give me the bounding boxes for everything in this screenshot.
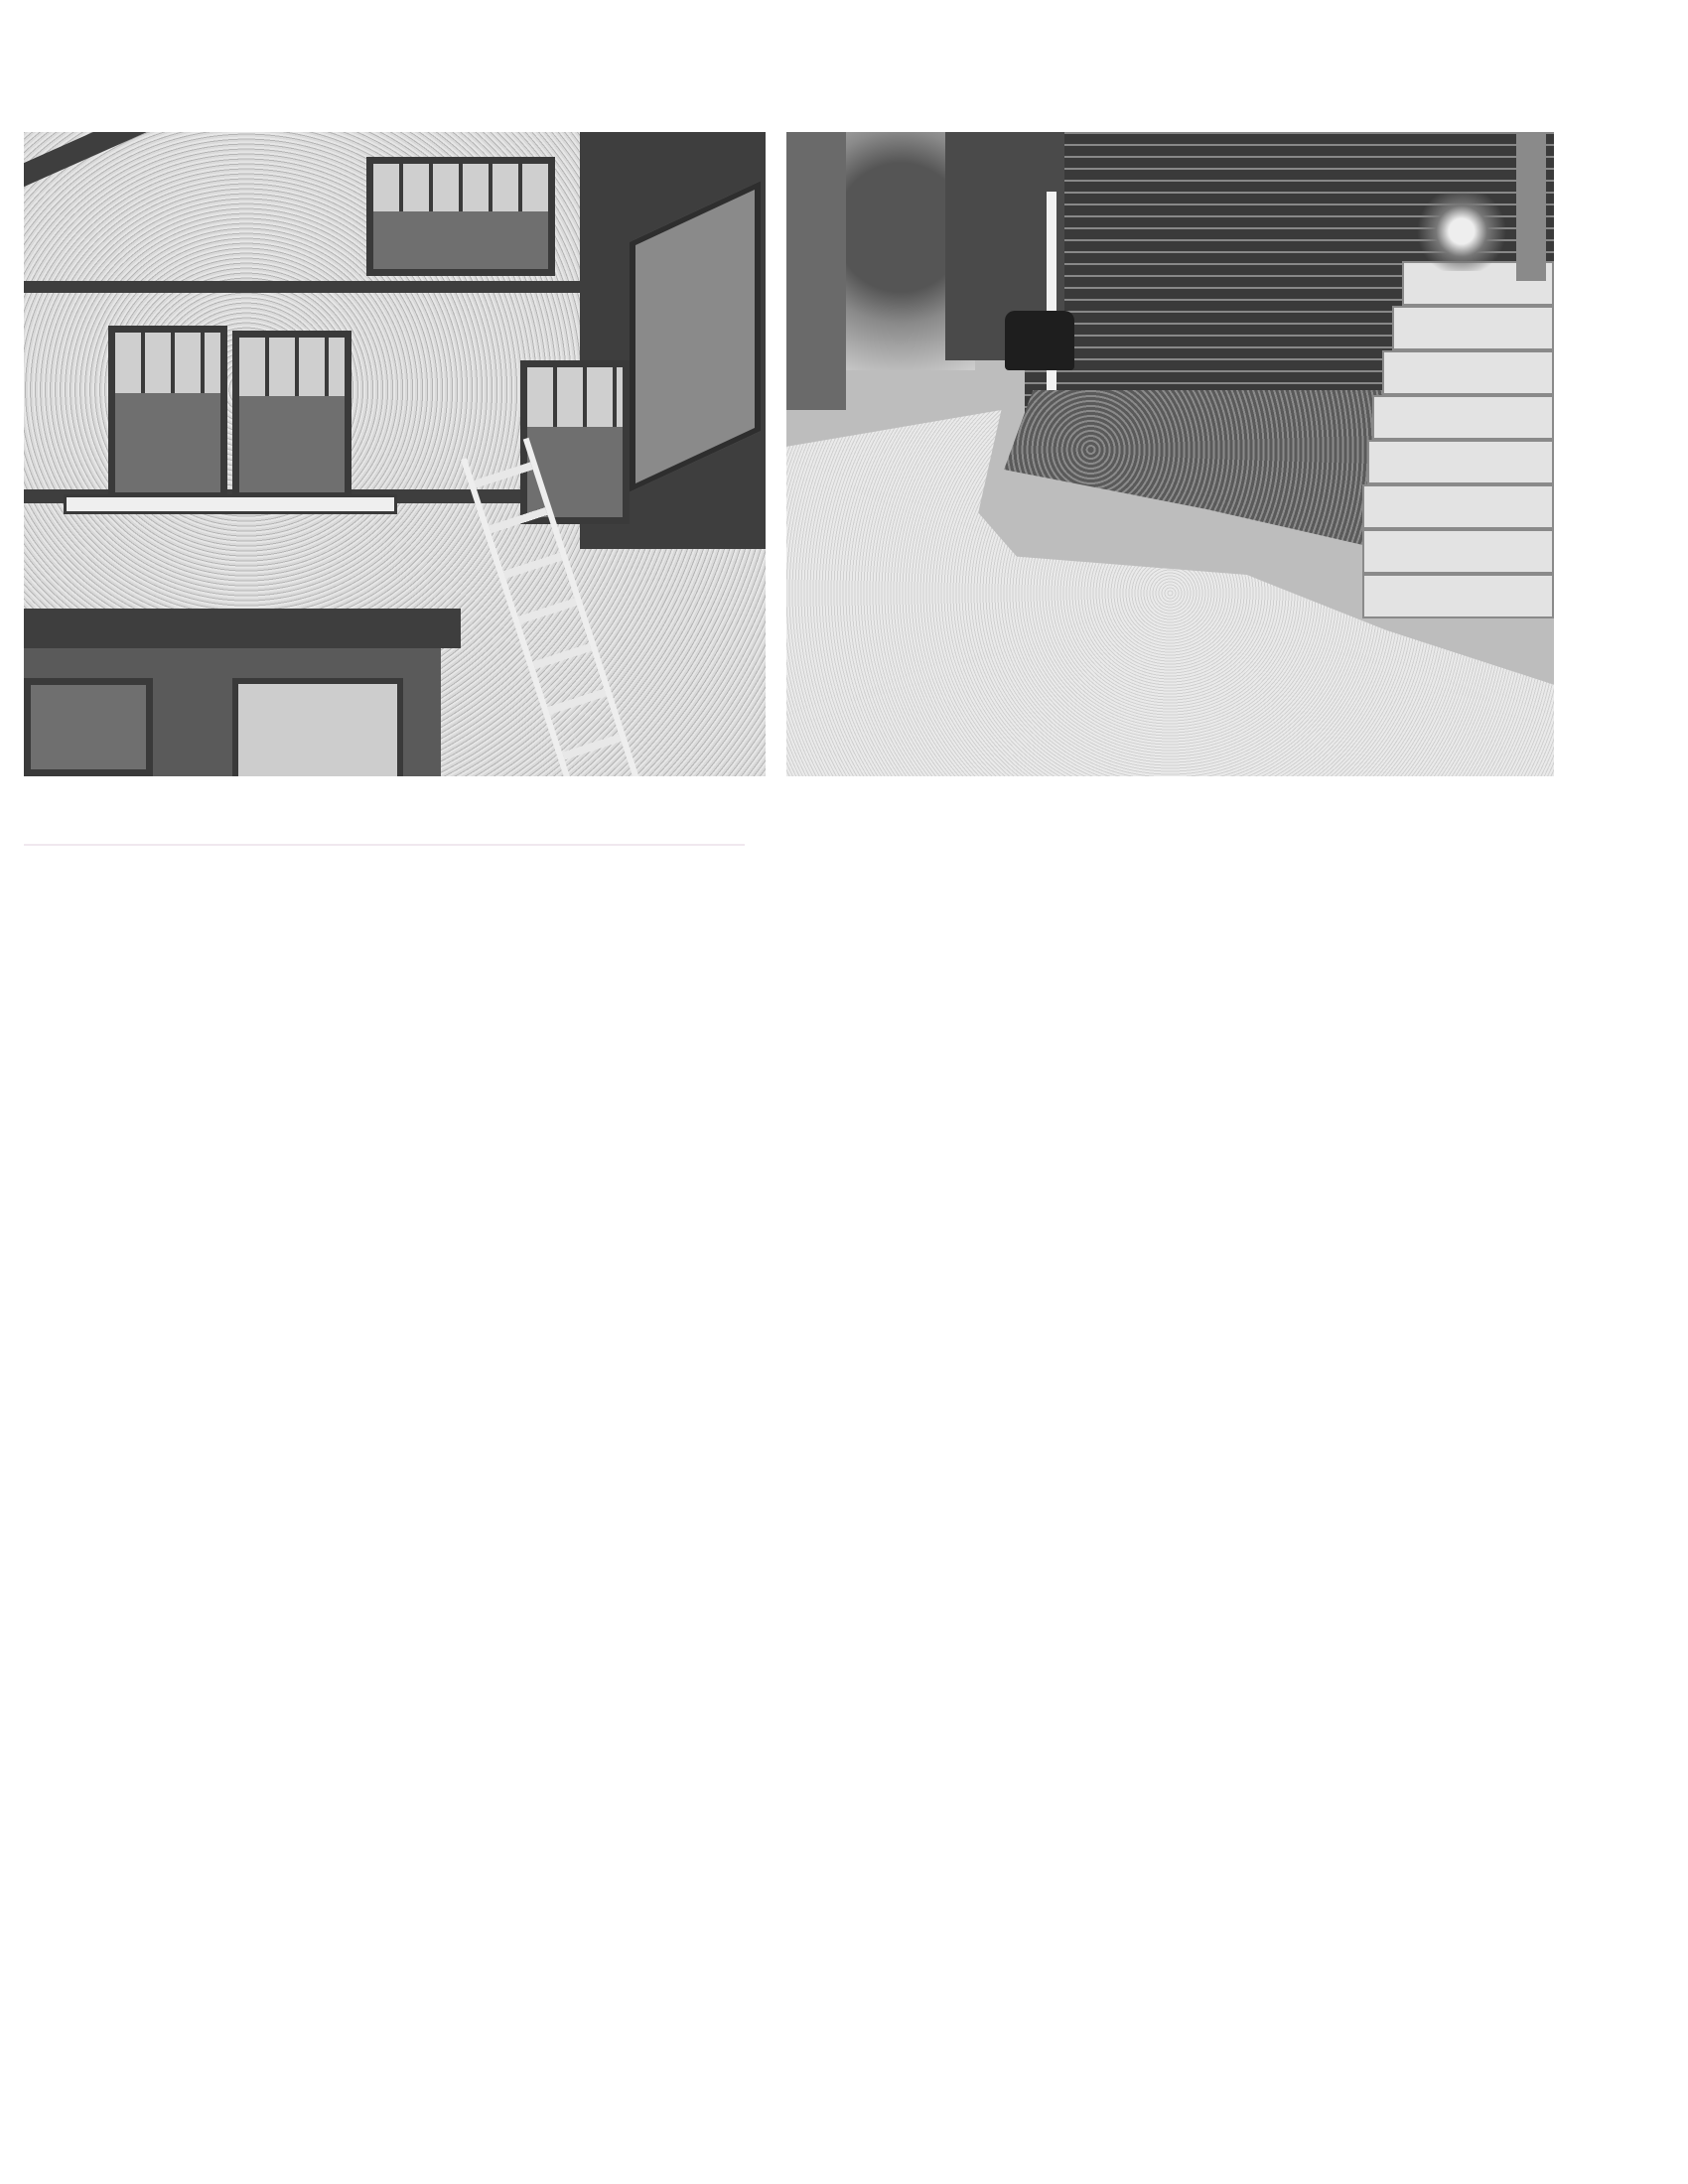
photo-side-yard-walkway — [786, 132, 1554, 776]
lower-overhang — [24, 609, 461, 648]
stone-retaining-wall — [1362, 261, 1554, 618]
window-sill — [64, 494, 397, 514]
parked-car — [1005, 311, 1074, 370]
photo-house-exterior-ladder — [24, 132, 766, 776]
window-right — [232, 331, 352, 499]
downspout — [1047, 192, 1056, 420]
upper-window — [366, 157, 555, 276]
horizontal-rule — [24, 844, 745, 846]
flower-planter — [1412, 192, 1511, 271]
neighbor-house — [786, 132, 846, 410]
trim-beam — [24, 281, 580, 293]
window-left — [108, 326, 227, 499]
wooden-post — [1516, 132, 1546, 281]
lower-window-right — [232, 678, 403, 776]
lower-window-left — [24, 678, 153, 776]
